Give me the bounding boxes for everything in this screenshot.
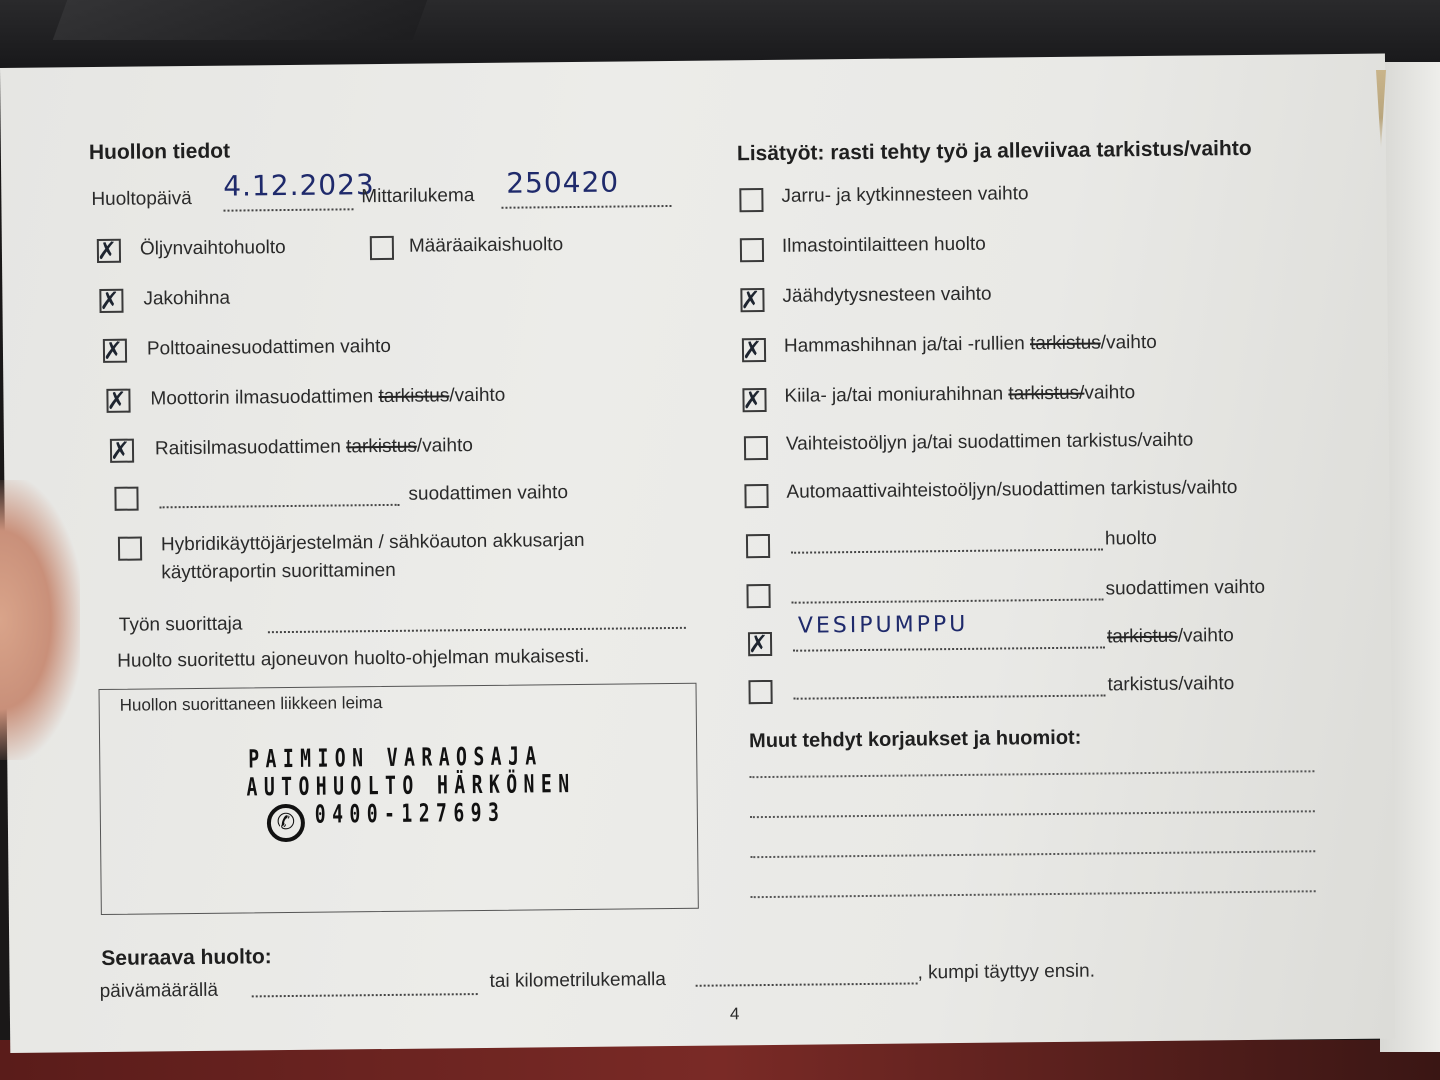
check-mark-icon: ✗ — [742, 386, 762, 414]
label-hybrid-battery-line1: Hybridikäyttöjärjestelmän / sähköauton a… — [161, 530, 585, 556]
label-text: Hammashihnan ja/tai -rullien — [784, 333, 1030, 357]
checkbox-cabin-air-filter[interactable]: ✗ — [110, 439, 134, 463]
section-title-service-info: Huollon tiedot — [89, 140, 230, 165]
label-automatic-gearbox-oil: Automaattivaihteistoöljyn/suodattimen ta… — [786, 477, 1237, 504]
label-coolant: Jäähdytysnesteen vaihto — [782, 284, 991, 308]
checkbox-other-filter[interactable] — [114, 487, 138, 511]
checkbox-hybrid-battery-report[interactable] — [118, 537, 142, 561]
label-oil-change: Öljynvaihtohuolto — [140, 237, 286, 261]
label-text: vaihto — [1084, 382, 1135, 404]
checkbox-custom-service[interactable] — [746, 534, 770, 558]
notes-line[interactable] — [750, 810, 1315, 818]
next-km-label: tai kilometrilukemalla — [489, 969, 666, 993]
struck-text: tarkistus — [1030, 332, 1101, 354]
stamp-phone: 0400-127693 — [315, 798, 506, 829]
check-mark-icon: ✗ — [106, 387, 126, 415]
service-date-line — [223, 208, 353, 211]
check-mark-icon: ✗ — [110, 437, 130, 465]
odometer-line — [501, 205, 671, 209]
label-hybrid-battery-line2: käyttöraportin suorittaminen — [161, 560, 396, 584]
checkbox-coolant[interactable]: ✗ — [740, 288, 764, 312]
check-mark-icon: ✗ — [99, 287, 119, 315]
checkbox-v-belt[interactable]: ✗ — [742, 388, 766, 412]
label-text: Kiila- ja/tai moniurahihnan — [784, 383, 1008, 406]
label-gearbox-oil: Vaihteistoöljyn ja/tai suodattimen tarki… — [786, 430, 1194, 456]
next-km-line[interactable] — [696, 982, 918, 986]
label-other-filter: suodattimen vaihto — [408, 482, 568, 506]
stamp-line2: AUTOHUOLTO HÄRKÖNEN — [246, 769, 575, 801]
page-number: 4 — [730, 1004, 740, 1024]
struck-text: tarkistus — [1107, 626, 1178, 648]
struck-text: tarkistus/ — [1008, 383, 1084, 405]
checkbox-custom-check[interactable] — [748, 680, 772, 704]
label-cabin-air-filter: Raitisilmasuodattimen tarkistus/vaihto — [155, 435, 473, 460]
checkbox-gearbox-oil[interactable] — [744, 436, 768, 460]
check-mark-icon: ✗ — [740, 286, 760, 314]
check-mark-icon: ✗ — [748, 630, 768, 658]
label-text: Moottorin ilmasuodattimen — [150, 386, 378, 409]
next-date-label: päivämäärällä — [100, 980, 219, 1003]
custom-filter-blank[interactable] — [792, 598, 1104, 603]
next-service-title: Seuraava huolto: — [101, 945, 272, 971]
performer-line[interactable] — [268, 627, 686, 633]
service-date-label: Huoltopäivä — [91, 188, 192, 211]
background-strap — [53, 0, 428, 40]
label-fuel-filter: Polttoainesuodattimen vaihto — [147, 336, 391, 361]
label-text: Raitisilmasuodattimen — [155, 436, 346, 459]
checkbox-custom-replacement[interactable]: ✗ — [748, 632, 772, 656]
check-mark-icon: ✗ — [97, 237, 117, 265]
stamp-line1: PAIMION VARAOSAJA — [248, 741, 543, 773]
service-book-page: Huollon tiedot Huoltopäivä 4.12.2023 Mit… — [0, 53, 1395, 1052]
notes-line[interactable] — [751, 890, 1316, 898]
next-date-line[interactable] — [252, 993, 478, 997]
label-custom-replacement: tarkistus/vaihto — [1107, 625, 1234, 648]
label-scheduled-service: Määräaikaishuolto — [409, 234, 563, 258]
custom-check-blank[interactable] — [794, 694, 1106, 699]
label-text: /vaihto — [417, 435, 473, 457]
stamp-box-label: Huollon suorittaneen liikkeen leima — [120, 693, 383, 716]
section-title-additional-work: Lisätyöt: rasti tehty työ ja alleviivaa … — [737, 137, 1252, 166]
notes-title: Muut tehdyt korjaukset ja huomiot: — [749, 727, 1081, 753]
checkbox-timing-belt[interactable]: ✗ — [99, 289, 123, 313]
custom-service-blank[interactable] — [791, 548, 1103, 553]
checkbox-oil-change[interactable]: ✗ — [97, 239, 121, 263]
notes-line[interactable] — [749, 770, 1314, 778]
next-service-suffix: , kumpi täyttyy ensin. — [917, 961, 1095, 985]
odometer-label: Mittarilukema — [361, 185, 474, 208]
label-v-belt: Kiila- ja/tai moniurahihnan tarkistus/va… — [784, 382, 1135, 408]
custom-replacement-value[interactable]: VESIPUMPPU — [798, 612, 969, 639]
service-statement: Huolto suoritettu ajoneuvon huolto-ohjel… — [117, 646, 589, 673]
thumb — [0, 480, 80, 760]
label-ac-service: Ilmastointilaitteen huolto — [782, 234, 986, 258]
other-filter-blank[interactable] — [160, 504, 400, 509]
phone-icon: ✆ — [267, 804, 305, 842]
checkbox-brake-fluid[interactable] — [739, 188, 763, 212]
checkbox-scheduled-service[interactable] — [370, 236, 394, 260]
service-date-value[interactable]: 4.12.2023 — [223, 168, 375, 203]
stamp-box: Huollon suorittaneen liikkeen leima PAIM… — [99, 683, 699, 915]
label-text: /vaihto — [449, 385, 505, 407]
label-brake-fluid: Jarru- ja kytkinnesteen vaihto — [781, 183, 1028, 208]
label-custom-check: tarkistus/vaihto — [1107, 673, 1234, 696]
check-mark-icon: ✗ — [742, 336, 762, 364]
checkbox-custom-filter[interactable] — [746, 584, 770, 608]
label-engine-air-filter: Moottorin ilmasuodattimen tarkistus/vaih… — [150, 385, 505, 411]
label-custom-filter: suodattimen vaihto — [1105, 577, 1265, 601]
checkbox-ac-service[interactable] — [740, 238, 764, 262]
label-timing-belt-rollers: Hammashihnan ja/tai -rullien tarkistus/v… — [784, 332, 1157, 358]
odometer-value[interactable]: 250420 — [506, 166, 619, 200]
check-mark-icon: ✗ — [103, 337, 123, 365]
struck-text: tarkistus — [378, 385, 449, 407]
checkbox-timing-belt-rollers[interactable]: ✗ — [742, 338, 766, 362]
label-text: /vaihto — [1178, 625, 1234, 647]
custom-replacement-blank — [793, 646, 1105, 651]
notes-line[interactable] — [750, 850, 1315, 858]
performer-label: Työn suorittaja — [119, 613, 243, 636]
label-timing-belt: Jakohihna — [143, 288, 230, 311]
struck-text: tarkistus — [346, 436, 417, 458]
checkbox-engine-air-filter[interactable]: ✗ — [106, 389, 130, 413]
label-text: /vaihto — [1101, 332, 1157, 354]
checkbox-automatic-gearbox-oil[interactable] — [744, 484, 768, 508]
checkbox-fuel-filter[interactable]: ✗ — [103, 339, 127, 363]
label-custom-service: huolto — [1105, 528, 1157, 551]
